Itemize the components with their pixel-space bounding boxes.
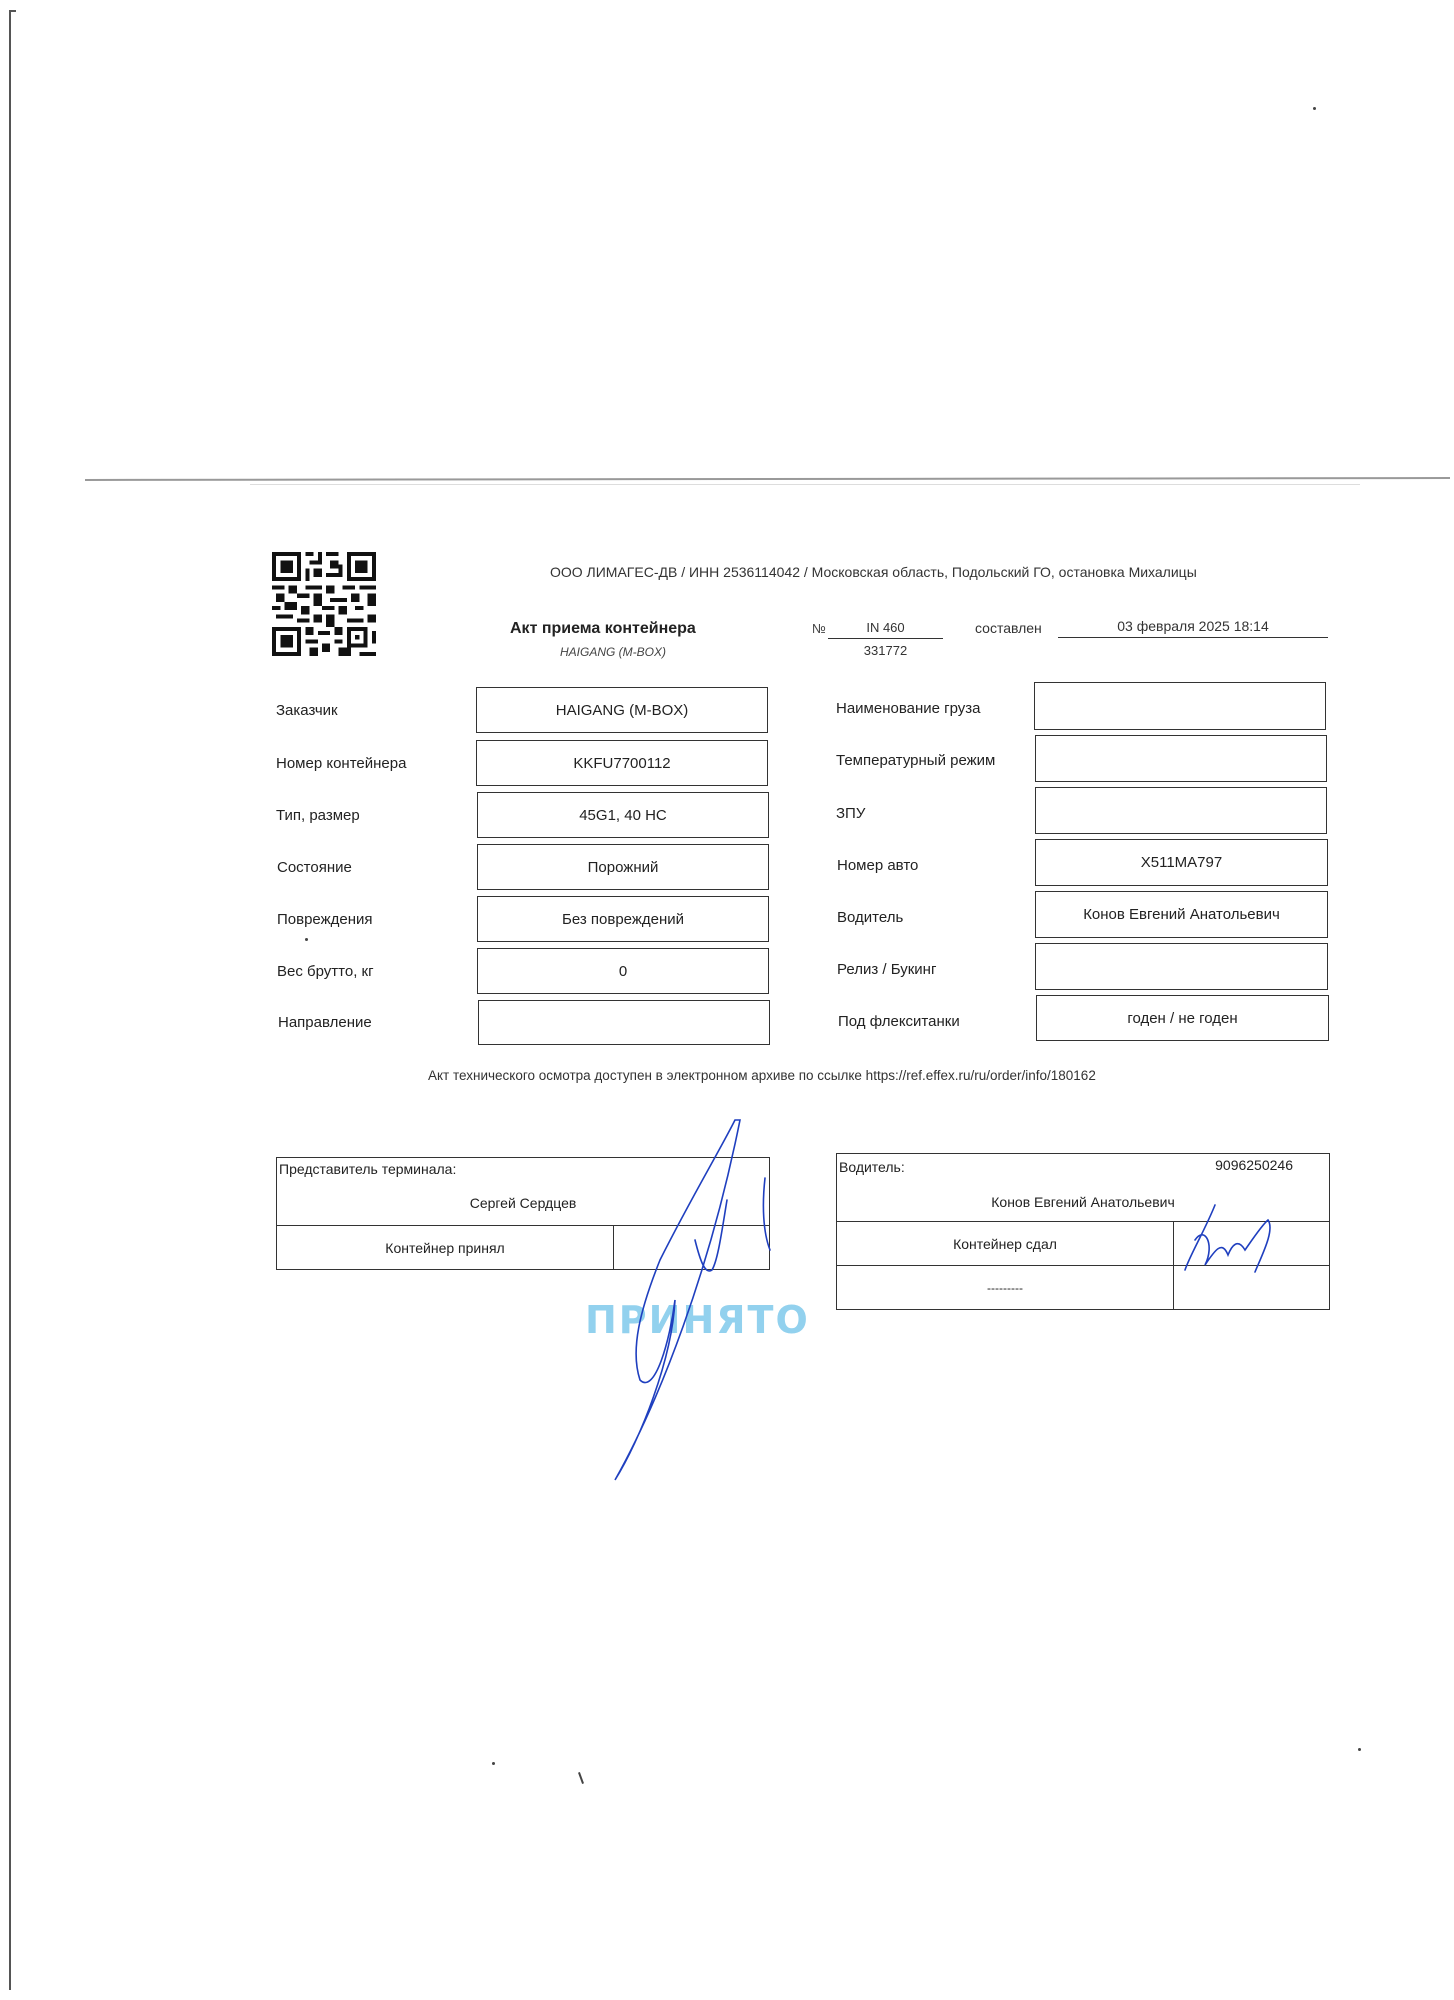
composed-date: 03 февраля 2025 18:14 xyxy=(1058,618,1328,638)
field-value-direction xyxy=(478,1000,770,1045)
field-label-driver: Водитель xyxy=(837,909,903,926)
company-line: ООО ЛИМАГЕС-ДВ / ИНН 2536114042 / Москов… xyxy=(550,564,1197,580)
fold-line xyxy=(85,477,1450,481)
scan-edge-tick xyxy=(9,10,16,12)
driver-heading: Водитель: xyxy=(839,1159,905,1175)
field-label-seal: ЗПУ xyxy=(836,805,865,822)
container-handed-over-label: Контейнер сдал xyxy=(837,1222,1174,1266)
document-subtitle: HAIGANG (M-BOX) xyxy=(560,645,666,659)
accepted-stamp: ПРИНЯТО xyxy=(585,1298,810,1342)
field-label-container-number: Номер контейнера xyxy=(276,755,406,772)
field-label-type-size: Тип, размер xyxy=(276,807,360,824)
field-label-damage: Повреждения xyxy=(277,911,373,928)
driver-extra-cell xyxy=(1174,1266,1330,1310)
field-value-condition: Порожний xyxy=(477,844,769,890)
terminal-rep-name: Сергей Сердцев xyxy=(277,1195,769,1211)
field-value-gross-weight: 0 xyxy=(477,948,769,994)
field-label-temperature: Температурный режим xyxy=(836,752,995,769)
terminal-signature-cell xyxy=(614,1226,770,1270)
composed-label: составлен xyxy=(975,620,1042,636)
field-label-cargo-name: Наименование груза xyxy=(836,700,981,717)
field-label-flexitank: Под флекситанки xyxy=(838,1013,960,1030)
scan-edge xyxy=(9,10,11,1990)
field-value-type-size: 45G1, 40 HC xyxy=(477,792,769,838)
field-value-driver: Конов Евгений Анатольевич xyxy=(1035,891,1328,938)
terminal-signature-block: Представитель терминала: Сергей Сердцев … xyxy=(276,1157,770,1270)
field-label-gross-weight: Вес брутто, кг xyxy=(277,963,374,980)
field-label-customer: Заказчик xyxy=(276,702,338,719)
scan-speck xyxy=(492,1762,495,1765)
number-sign: № xyxy=(812,621,826,636)
field-label-condition: Состояние xyxy=(277,859,352,876)
document-number-sub: 331772 xyxy=(828,643,943,658)
field-value-container-number: KKFU7700112 xyxy=(476,740,768,786)
scan-speck xyxy=(1313,107,1316,110)
field-value-flexitank: годен / не годен xyxy=(1036,995,1329,1041)
field-value-release-booking xyxy=(1035,943,1328,990)
terminal-heading: Представитель терминала: xyxy=(279,1161,456,1177)
driver-signature-block: Водитель: 9096250246 Конов Евгений Анато… xyxy=(836,1153,1330,1310)
driver-name: Конов Евгений Анатольевич xyxy=(837,1194,1329,1210)
document-number: IN 460 xyxy=(828,620,943,639)
field-label-direction: Направление xyxy=(278,1014,372,1031)
field-value-vehicle-number: X511MA797 xyxy=(1035,839,1328,886)
field-value-damage: Без повреждений xyxy=(477,896,769,942)
container-accepted-label: Контейнер принял xyxy=(277,1226,614,1270)
scan-speck xyxy=(305,938,308,941)
driver-phone: 9096250246 xyxy=(1215,1157,1293,1173)
scan-mark xyxy=(578,1772,584,1784)
field-value-cargo-name xyxy=(1034,682,1326,730)
field-value-seal xyxy=(1035,787,1327,834)
document-title: Акт приема контейнера xyxy=(510,620,696,638)
archive-note: Акт технического осмотра доступен в элек… xyxy=(428,1068,1096,1083)
field-label-release-booking: Релиз / Букинг xyxy=(837,961,936,978)
field-label-vehicle-number: Номер авто xyxy=(837,857,918,874)
qr-code-icon xyxy=(272,552,376,656)
driver-signature-cell xyxy=(1174,1222,1330,1266)
field-value-temperature xyxy=(1035,735,1327,782)
field-value-customer: HAIGANG (M-BOX) xyxy=(476,687,768,733)
scan-speck xyxy=(1358,1748,1361,1751)
fold-line-shadow xyxy=(250,484,1360,485)
driver-extra-field: --------- xyxy=(837,1266,1174,1310)
